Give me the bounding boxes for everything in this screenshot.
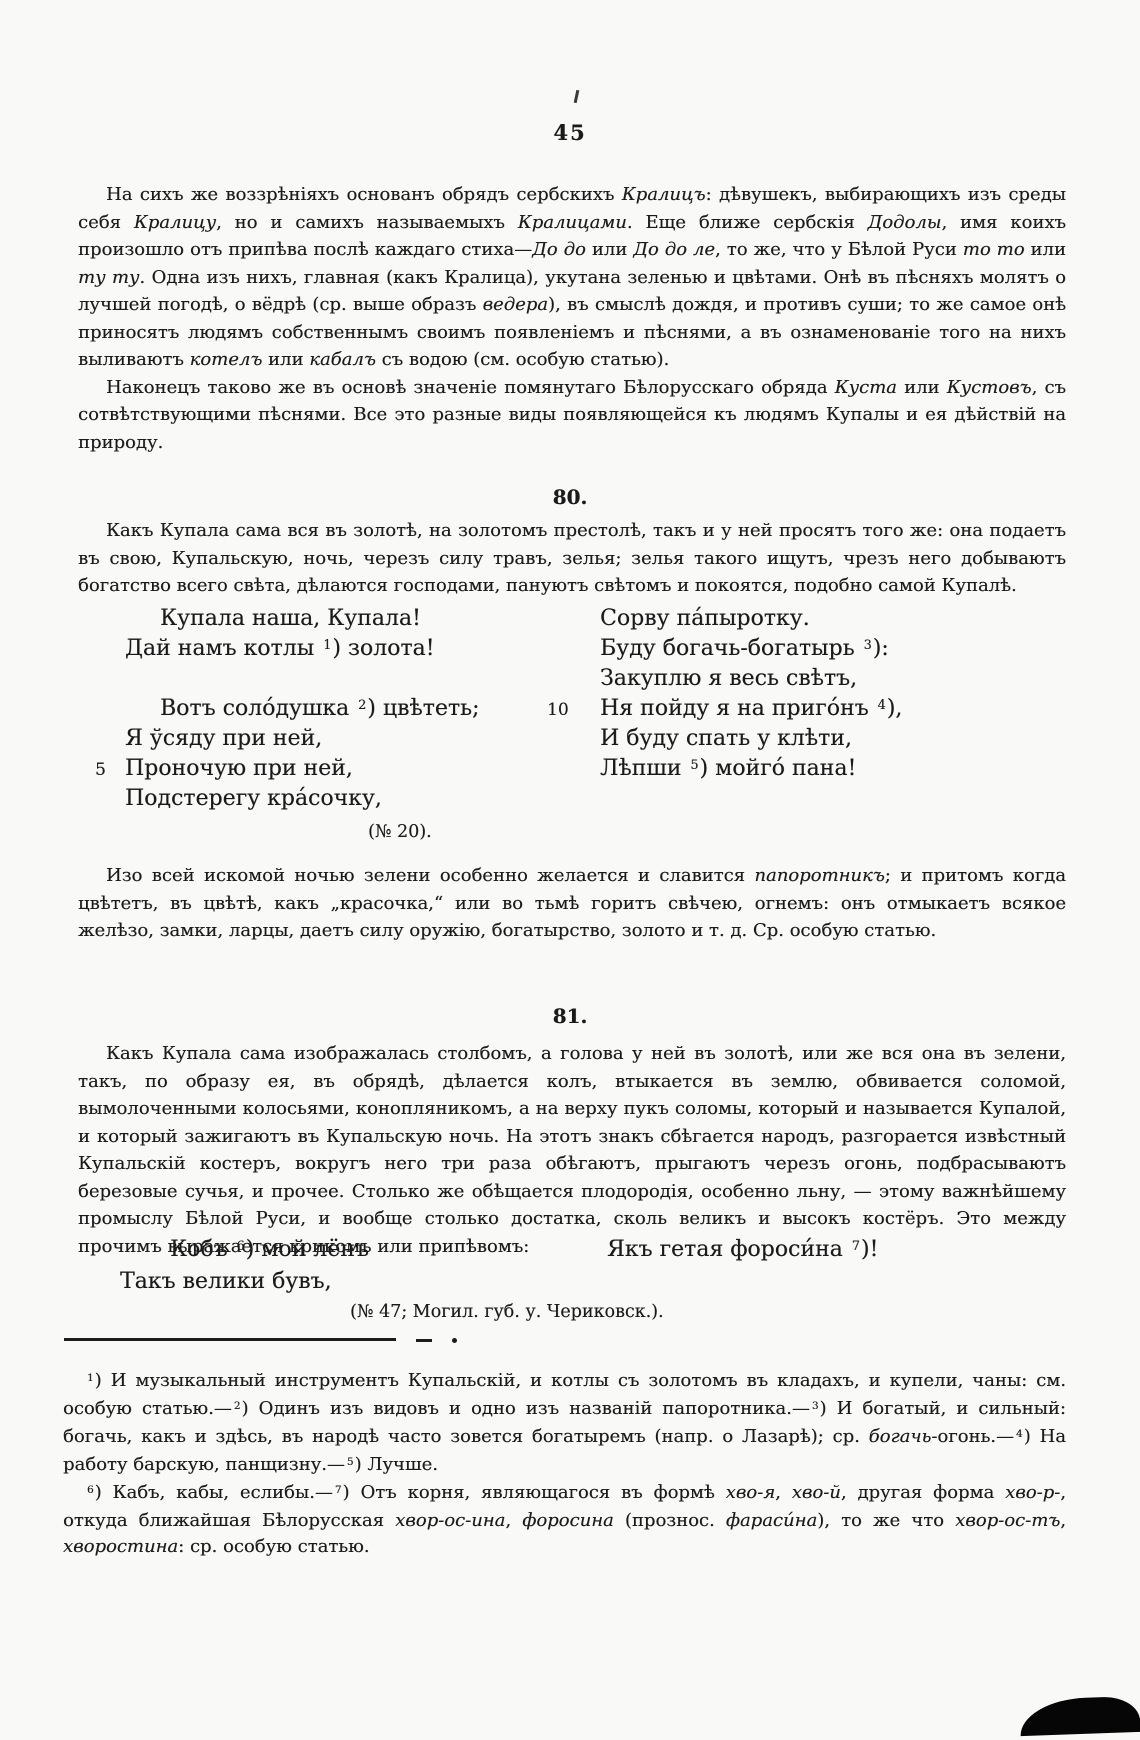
verse-line-number: 5 bbox=[95, 755, 125, 785]
verse-80-source: (№ 20). bbox=[368, 822, 432, 842]
footnote-group-1-5: 1) И музыкальный инструментъ Купальскій,… bbox=[63, 1368, 1066, 1480]
section-81-intro-paragraph: Какъ Купала сама изображалась столбомъ, … bbox=[78, 1040, 1066, 1260]
section-80-intro-paragraph: Какъ Купала сама вся въ золотѣ, на золот… bbox=[78, 517, 1066, 600]
verse-81-source: (№ 47; Могил. губ. у. Чериковск.). bbox=[350, 1302, 664, 1322]
intro-paragraph-1: На сихъ же воззрѣніяхъ основанъ обрядъ с… bbox=[78, 181, 1066, 374]
verse-line: Буду богачь-богатырь 3): bbox=[547, 634, 902, 664]
intro-paragraph-2: Наконецъ таково же въ основѣ значеніе по… bbox=[78, 374, 1066, 457]
verse-line: Лѣпши 5) мойго́ пана! bbox=[547, 754, 902, 784]
verse-80: Купала наша, Купала! Дай намъ котлы 1) з… bbox=[95, 604, 1045, 819]
intro-text-block: На сихъ же воззрѣніяхъ основанъ обрядъ с… bbox=[78, 181, 1066, 456]
verse-line: Сорву па́пыротку. bbox=[547, 604, 902, 634]
section-80-heading: 80. bbox=[0, 485, 1140, 509]
verse-line: Закуплю я весь свѣтъ, bbox=[547, 664, 902, 694]
footnote-divider bbox=[64, 1338, 484, 1344]
verse-81: Кобъ 6) мой лёнъ Такъ велики бувъ, Якъ г… bbox=[95, 1234, 1045, 1304]
section-81-intro-block: Какъ Купала сама изображалась столбомъ, … bbox=[78, 1040, 1066, 1260]
footnotes-block: 1) И музыкальный инструментъ Купальскій,… bbox=[63, 1368, 1066, 1560]
verse-line: 10Ня пойду я на приго́нъ 4), bbox=[547, 694, 902, 724]
footnote-group-6-7: 6) Кабъ, кабы, еслибы.—7) Отъ корня, явл… bbox=[63, 1480, 1066, 1560]
scanned-book-page: 45 На сихъ же воззрѣніяхъ основанъ обряд… bbox=[0, 0, 1140, 1740]
section-80-after-paragraph: Изо всей искомой ночью зелени особенно ж… bbox=[78, 862, 1066, 945]
verse-line: Подстерегу кра́сочку, bbox=[95, 784, 1045, 814]
verse-line: Якъ гетая фороси́на 7)! bbox=[607, 1234, 878, 1266]
verse-81-left-column: Кобъ 6) мой лёнъ Такъ велики бувъ, bbox=[95, 1234, 1045, 1298]
verse-line: Такъ велики бувъ, bbox=[120, 1266, 1045, 1298]
verse-81-right-column: Якъ гетая фороси́на 7)! bbox=[607, 1234, 878, 1266]
verse-80-right-column: Сорву па́пыротку. Буду богачь-богатырь 3… bbox=[547, 604, 902, 784]
papoporotnik-text-block: Изо всей искомой ночью зелени особенно ж… bbox=[78, 862, 1066, 945]
verse-line-number: 10 bbox=[547, 695, 600, 725]
scan-artifact-tick bbox=[574, 90, 580, 103]
scan-artifact-corner-blob bbox=[1019, 1696, 1140, 1736]
section-80-intro-block: Какъ Купала сама вся въ золотѣ, на золот… bbox=[78, 517, 1066, 600]
footnote-divider-dot bbox=[452, 1338, 457, 1343]
verse-line: И буду спать у клѣти, bbox=[547, 724, 902, 754]
section-81-heading: 81. bbox=[0, 1004, 1140, 1028]
page-number: 45 bbox=[0, 120, 1140, 145]
footnote-divider-dash bbox=[416, 1339, 432, 1342]
footnote-divider-line bbox=[64, 1338, 396, 1341]
